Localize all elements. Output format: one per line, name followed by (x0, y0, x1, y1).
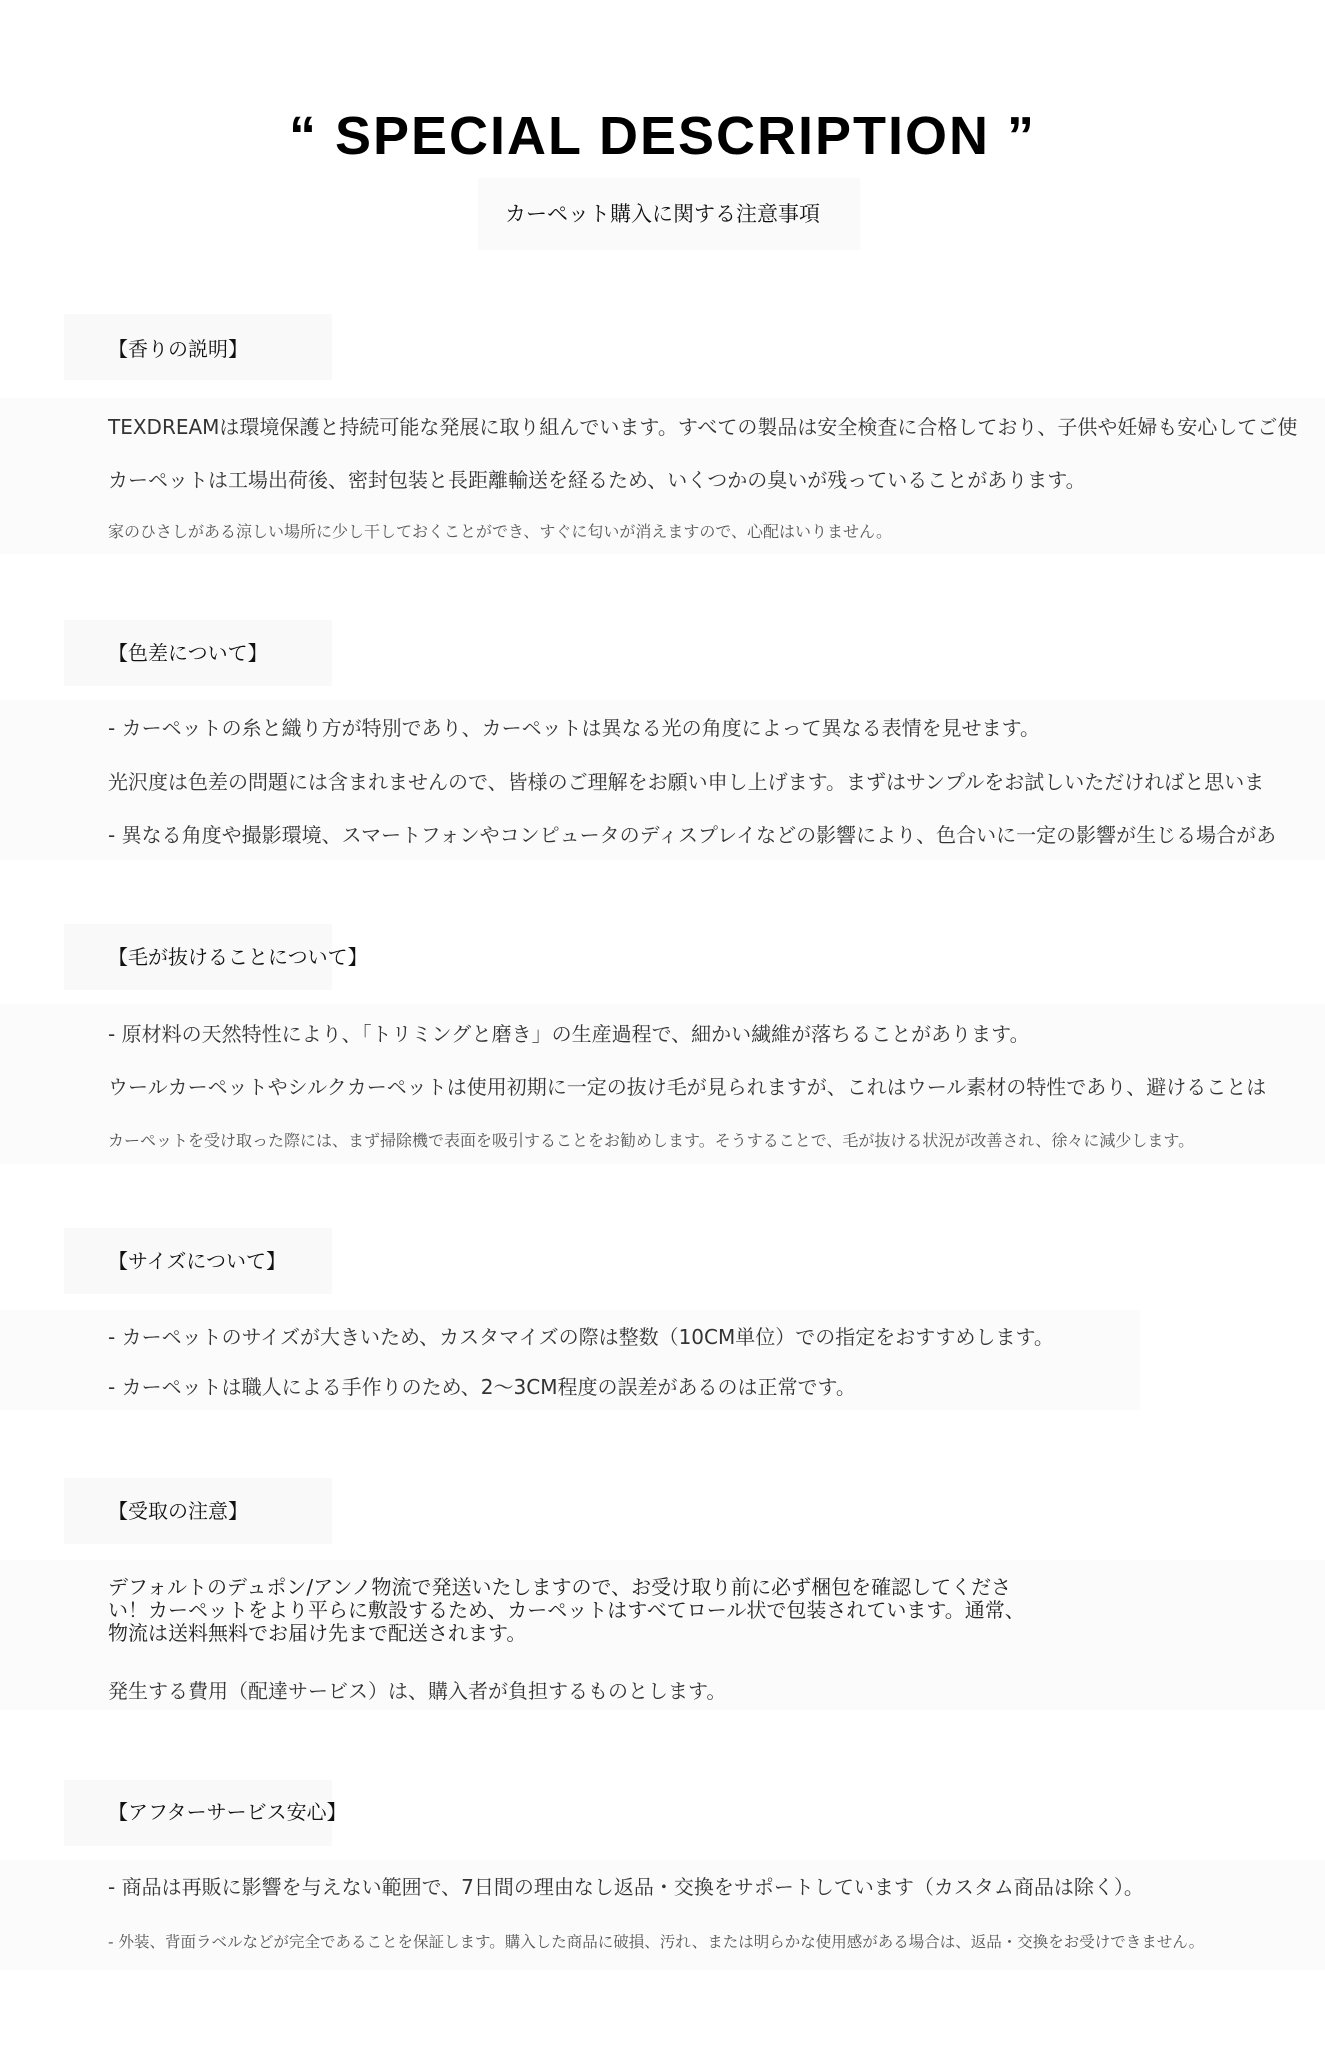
size-paragraph-2: - カーペットは職人による手作りのため、2～3CM程度の誤差があるのは正常です。 (108, 1372, 856, 1402)
section-heading-size: 【サイズについて】 (108, 1246, 286, 1276)
scent-paragraph-2: カーペットは工場出荷後、密封包装と長距離輸送を経るため、いくつかの臭いが残ってい… (108, 465, 1086, 495)
receiving-paragraph-2: 発生する費用（配達サービス）は、購入者が負担するものとします。 (108, 1676, 726, 1706)
scent-paragraph-1: TEXDREAMは環境保護と持続可能な発展に取り組んでいます。すべての製品は安全… (108, 412, 1297, 442)
shedding-paragraph-3: カーペットを受け取った際には、まず掃除機で表面を吸引することをお勧めします。そう… (108, 1126, 1194, 1156)
size-paragraph-1: - カーペットのサイズが大きいため、カスタマイズの際は整数（10CM単位）での指… (108, 1322, 1054, 1352)
shedding-paragraph-1: - 原材料の天然特性により、「トリミングと磨き」の生産過程で、細かい繊維が落ちる… (108, 1019, 1030, 1049)
shedding-paragraph-2: ウールカーペットやシルクカーペットは使用初期に一定の抜け毛が見られますが、これは… (108, 1072, 1266, 1102)
page-subtitle: カーペット購入に関する注意事項 (0, 198, 1325, 230)
section-heading-shedding: 【毛が抜けることについて】 (108, 942, 368, 972)
color-paragraph-1: - カーペットの糸と織り方が特別であり、カーペットは異なる光の角度によって異なる… (108, 713, 1040, 743)
after-sales-paragraph-2: - 外装、背面ラベルなどが完全であることを保証します。購入した商品に破損、汚れ、… (108, 1927, 1204, 1957)
scent-paragraph-3: 家のひさしがある涼しい場所に少し干しておくことができ、すぐに匂いが消えますので、… (108, 517, 892, 547)
section-heading-after-sales: 【アフターサービス安心】 (108, 1797, 347, 1827)
section-heading-color-difference: 【色差について】 (108, 638, 268, 668)
section-heading-receiving: 【受取の注意】 (108, 1496, 248, 1526)
section-heading-scent: 【香りの説明】 (108, 334, 248, 364)
receiving-paragraph-1: デフォルトのデュポン/アンノ物流で発送いたしますので、お受け取り前に必ず梱包を確… (108, 1576, 1028, 1645)
color-paragraph-2: 光沢度は色差の問題には含まれませんので、皆様のご理解をお願い申し上げます。まずは… (108, 767, 1264, 797)
color-paragraph-3: - 異なる角度や撮影環境、スマートフォンやコンピュータのディスプレイなどの影響に… (108, 820, 1276, 850)
page-title: “ SPECIAL DESCRIPTION ” (0, 100, 1325, 172)
after-sales-paragraph-1: - 商品は再販に影響を与えない範囲で、7日間の理由なし返品・交換をサポートしてい… (108, 1872, 1144, 1902)
